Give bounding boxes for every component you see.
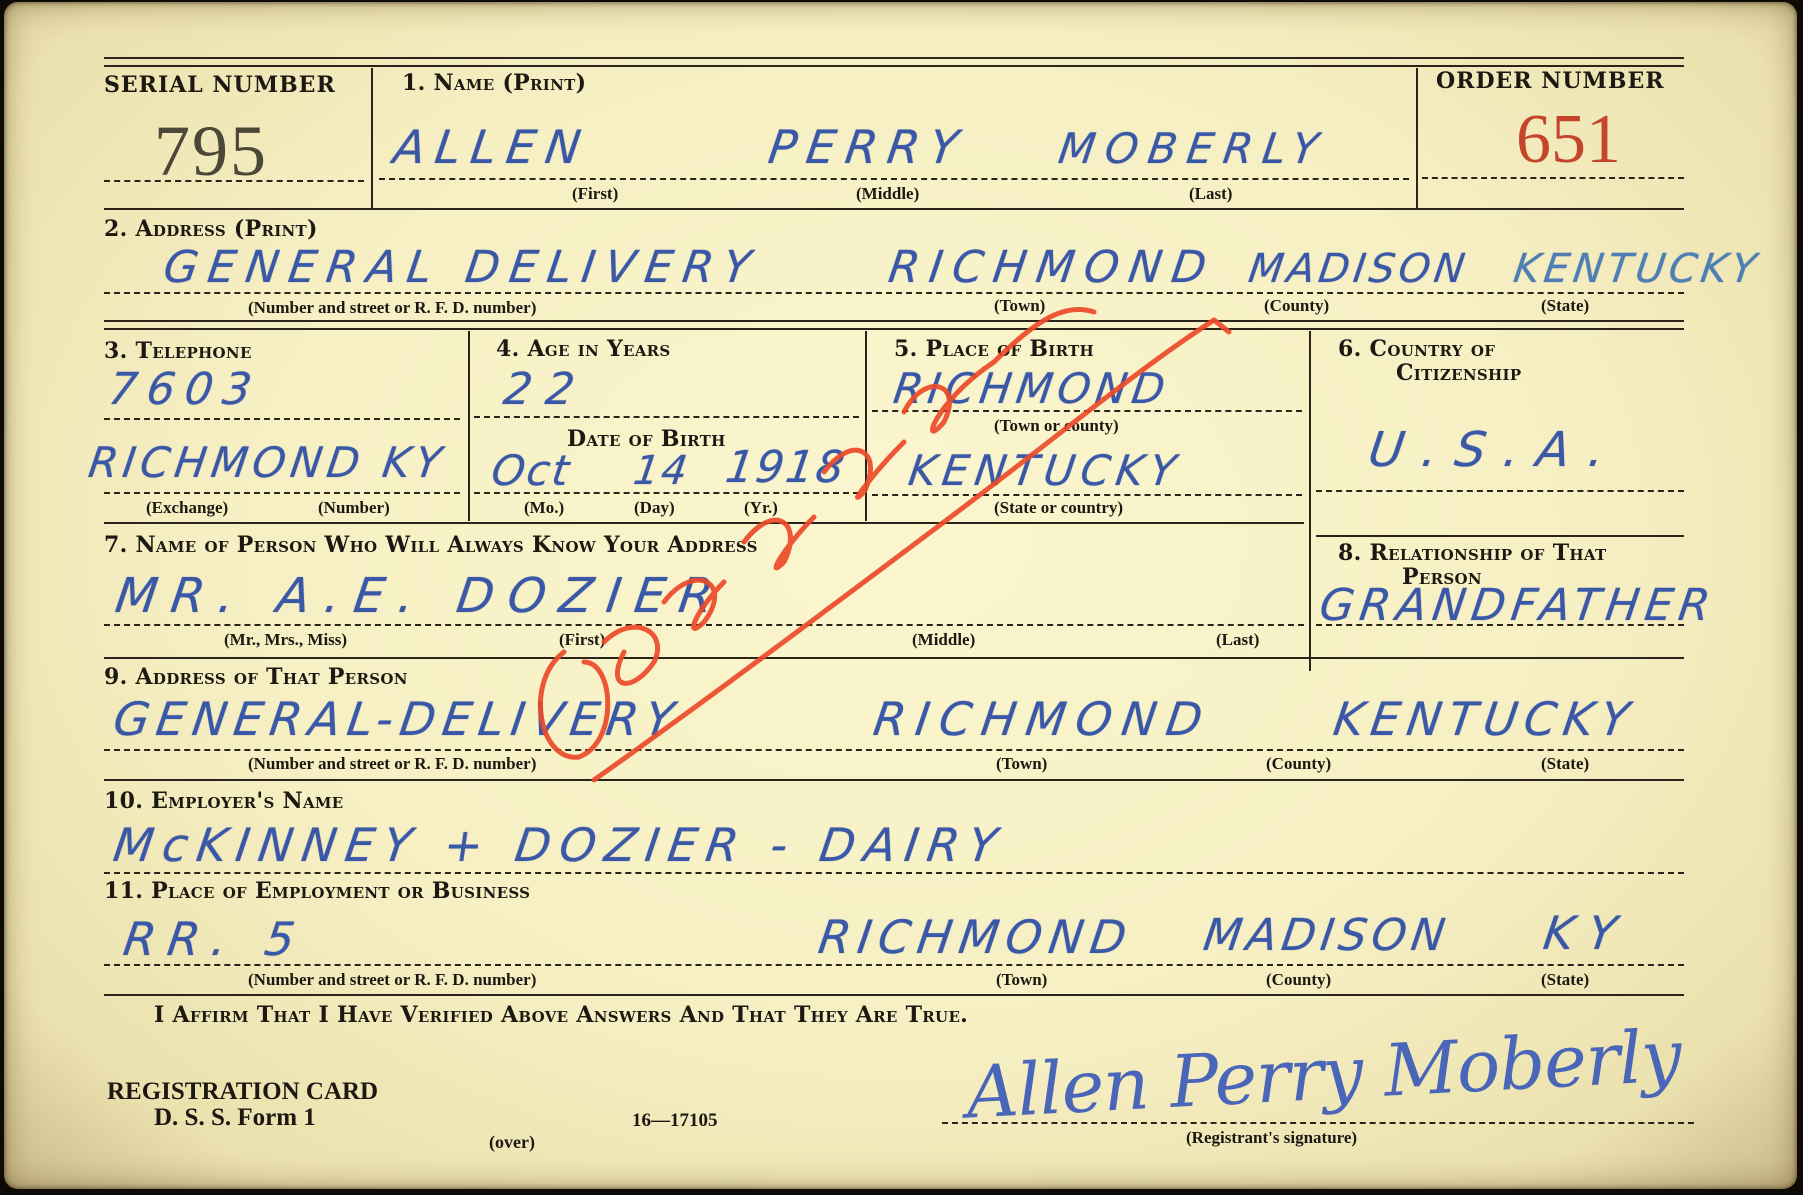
address-label: 2. Address (Print) [104,216,318,242]
address-town-caption: (Town) [994,296,1045,316]
dob-month-value: Oct [489,446,575,495]
citizenship-divider [1309,331,1311,671]
exchange-caption: (Exchange) [146,498,228,518]
row4-bottom-rule [104,657,1684,659]
name-last-value: MOBERLY [1056,124,1332,173]
number-caption: (Number) [318,498,390,518]
name-first-value: ALLEN [390,120,594,174]
order-dashed-line [1422,177,1684,179]
name-last-caption: (Last) [1189,184,1232,204]
employment-street-caption: (Number and street or R. F. D. number) [248,970,536,990]
name-first-caption: (First) [572,184,618,204]
dob-dashed-line [474,492,859,494]
employer-label: 10. Employer's Name [104,788,344,814]
age-dashed-line [474,416,859,418]
row5-bottom-rule [104,779,1684,781]
employment-county-value: MADISON [1200,910,1453,961]
citizenship-bottom-rule [1316,535,1684,537]
tel-age-divider [468,331,470,521]
telephone-dashed-line [104,418,460,420]
contact-street-caption: (Number and street or R. F. D. number) [248,754,536,774]
address-town-value: RICHMOND [885,242,1219,293]
age-birth-divider [865,331,867,521]
employment-state-caption: (State) [1541,970,1589,990]
telephone-number-value: 7603 [105,364,264,415]
order-number-label: ORDER NUMBER [1436,68,1665,94]
contact-title-caption: (Mr., Mrs., Miss) [224,630,347,650]
registrant-signature: Allen Perry Moberly [964,1013,1682,1134]
affirmation-text: I Affirm That I Have Verified Above Answ… [154,1002,968,1028]
order-number-value: 651 [1516,100,1621,180]
signature-caption: (Registrant's signature) [1186,1128,1357,1148]
contact-address-street-value: GENERAL-DELIVERY [110,692,684,746]
serial-divider [371,68,373,208]
citizenship-value: U.S.A. [1365,422,1626,478]
contact-state-caption: (State) [1541,754,1589,774]
dob-month-caption: (Mo.) [524,498,564,518]
contact-address-label: 9. Address of That Person [104,664,408,690]
employment-county-caption: (County) [1266,970,1331,990]
contact-first-caption: (First) [559,630,605,650]
contact-name-value: MR. A.E. DOZIER [112,568,730,624]
row2-bottom-rule [104,320,1684,322]
name-middle-caption: (Middle) [856,184,919,204]
dob-year-value: 1918 [722,442,849,493]
serial-dashed-line [104,180,364,182]
employment-town-caption: (Town) [996,970,1047,990]
age-label: 4. Age in Years [496,336,671,362]
contact-dashed-line [104,624,1304,626]
print-code: 16—17105 [632,1110,718,1132]
contact-address-state-value: KENTUCKY [1330,692,1639,746]
citizenship-label-2: Citizenship [1396,360,1521,386]
top-rule-2 [104,65,1684,67]
birthplace-label: 5. Place of Birth [894,336,1094,362]
employment-dashed-line [104,964,1684,966]
contact-middle-caption: (Middle) [912,630,975,650]
name-label: 1. Name (Print) [402,70,586,96]
row2-bottom-rule-2 [104,328,1684,330]
contact-town-caption: (Town) [996,754,1047,774]
birthplace-state-value: KENTUCKY [906,446,1185,495]
name-dashed-line [379,178,1409,180]
employment-town-value: RICHMOND [815,910,1137,964]
dob-day-value: 14 [631,448,692,494]
employment-street-value: RR. 5 [120,912,310,966]
telephone-exchange-value: RICHMOND KY [86,438,450,487]
citizenship-dashed-line [1316,490,1684,492]
birthplace-town-value: RICHMOND [891,364,1173,413]
address-street-value: GENERAL DELIVERY [160,242,763,293]
name-middle-value: PERRY [765,120,971,174]
row1-bottom-rule [104,208,1684,210]
birthplace-town-dashed-line [872,410,1302,412]
registration-card: SERIAL NUMBER 795 1. Name (Print) ALLEN … [4,2,1797,1189]
row7-bottom-rule [104,994,1684,996]
citizenship-label-1: 6. Country of [1338,336,1495,362]
birthplace-state-dashed-line [872,494,1302,496]
contact-last-caption: (Last) [1216,630,1259,650]
employer-dashed-line [104,872,1684,874]
address-state-value: KENTUCKY [1511,246,1763,292]
dob-day-caption: (Day) [634,498,675,518]
contact-name-label: 7. Name of Person Who Will Always Know Y… [104,532,758,558]
contact-address-dashed-line [104,749,1684,751]
over-label: (over) [489,1132,535,1153]
dob-year-caption: (Yr.) [744,498,778,518]
address-county-value: MADISON [1246,246,1472,292]
age-value: 22 [500,364,591,415]
row3-bottom-rule [104,522,1304,524]
serial-number-label: SERIAL NUMBER [104,72,336,98]
order-divider [1416,68,1418,208]
address-state-caption: (State) [1541,296,1589,316]
employer-value: McKINNEY + DOZIER - DAIRY [110,818,1009,872]
address-street-caption: (Number and street or R. F. D. number) [248,298,536,318]
birthplace-town-caption: (Town or county) [994,416,1119,436]
employment-state-value: KY [1540,906,1634,960]
form-title: REGISTRATION CARD [107,1078,378,1106]
employment-place-label: 11. Place of Employment or Business [104,878,530,904]
exchange-dashed-line [104,492,460,494]
top-rule [104,57,1684,59]
birthplace-state-caption: (State or country) [994,498,1123,518]
contact-address-town-value: RICHMOND [870,692,1216,746]
relationship-dashed-line [1316,624,1684,626]
signature-dashed-line [942,1122,1694,1124]
address-dashed-line [104,292,1684,294]
form-id: D. S. S. Form 1 [154,1104,316,1132]
relationship-label-1: 8. Relationship of That [1338,540,1606,566]
telephone-label: 3. Telephone [104,338,252,364]
contact-county-caption: (County) [1266,754,1331,774]
address-county-caption: (County) [1264,296,1329,316]
